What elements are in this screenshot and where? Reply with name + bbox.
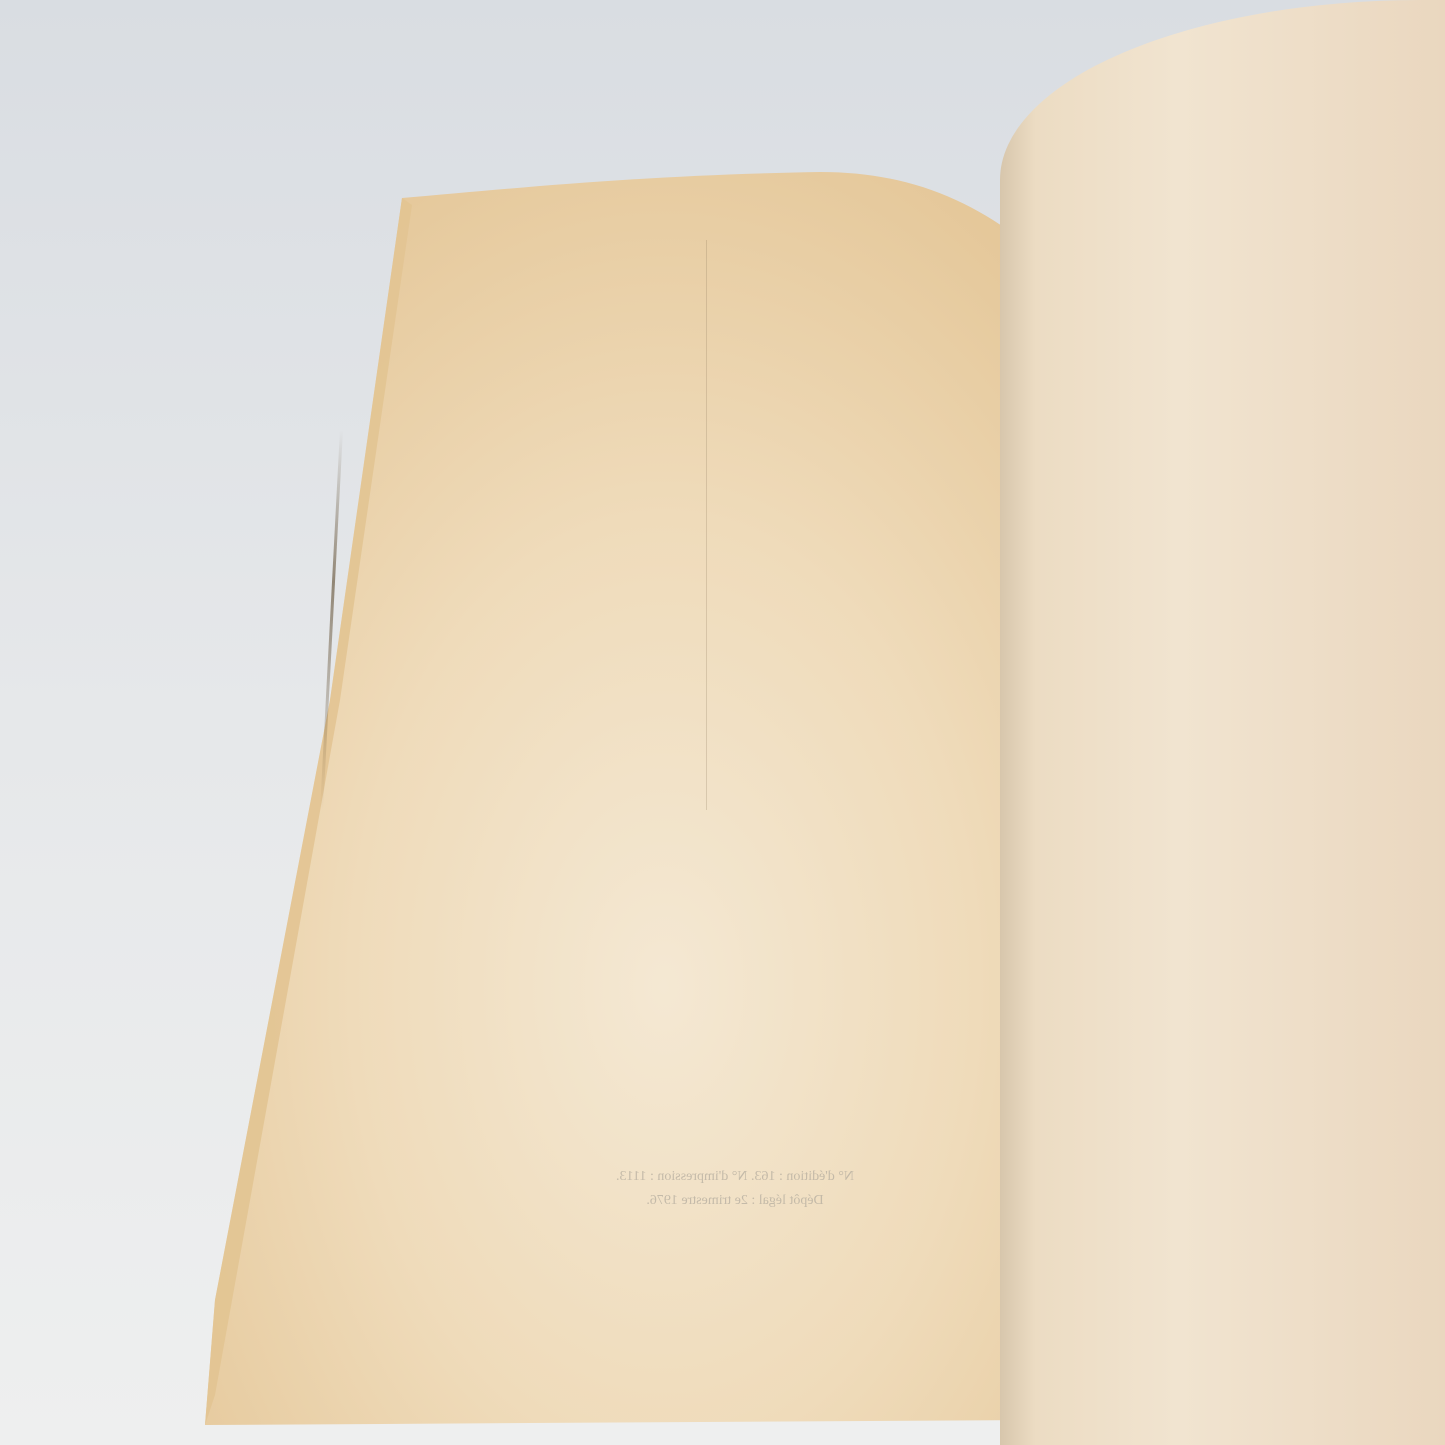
right-page xyxy=(1000,0,1445,1445)
bleed-line-1: N° d'édition : 163. N° d'impression : 11… xyxy=(535,1165,935,1189)
bleed-line-2: Dépôt légal : 2e trimestre 1976. xyxy=(535,1189,935,1213)
photo-scene: N° d'édition : 163. N° d'impression : 11… xyxy=(0,0,1445,1445)
bleed-through-text: N° d'édition : 163. N° d'impression : 11… xyxy=(535,1165,935,1213)
page-crease xyxy=(706,240,707,810)
